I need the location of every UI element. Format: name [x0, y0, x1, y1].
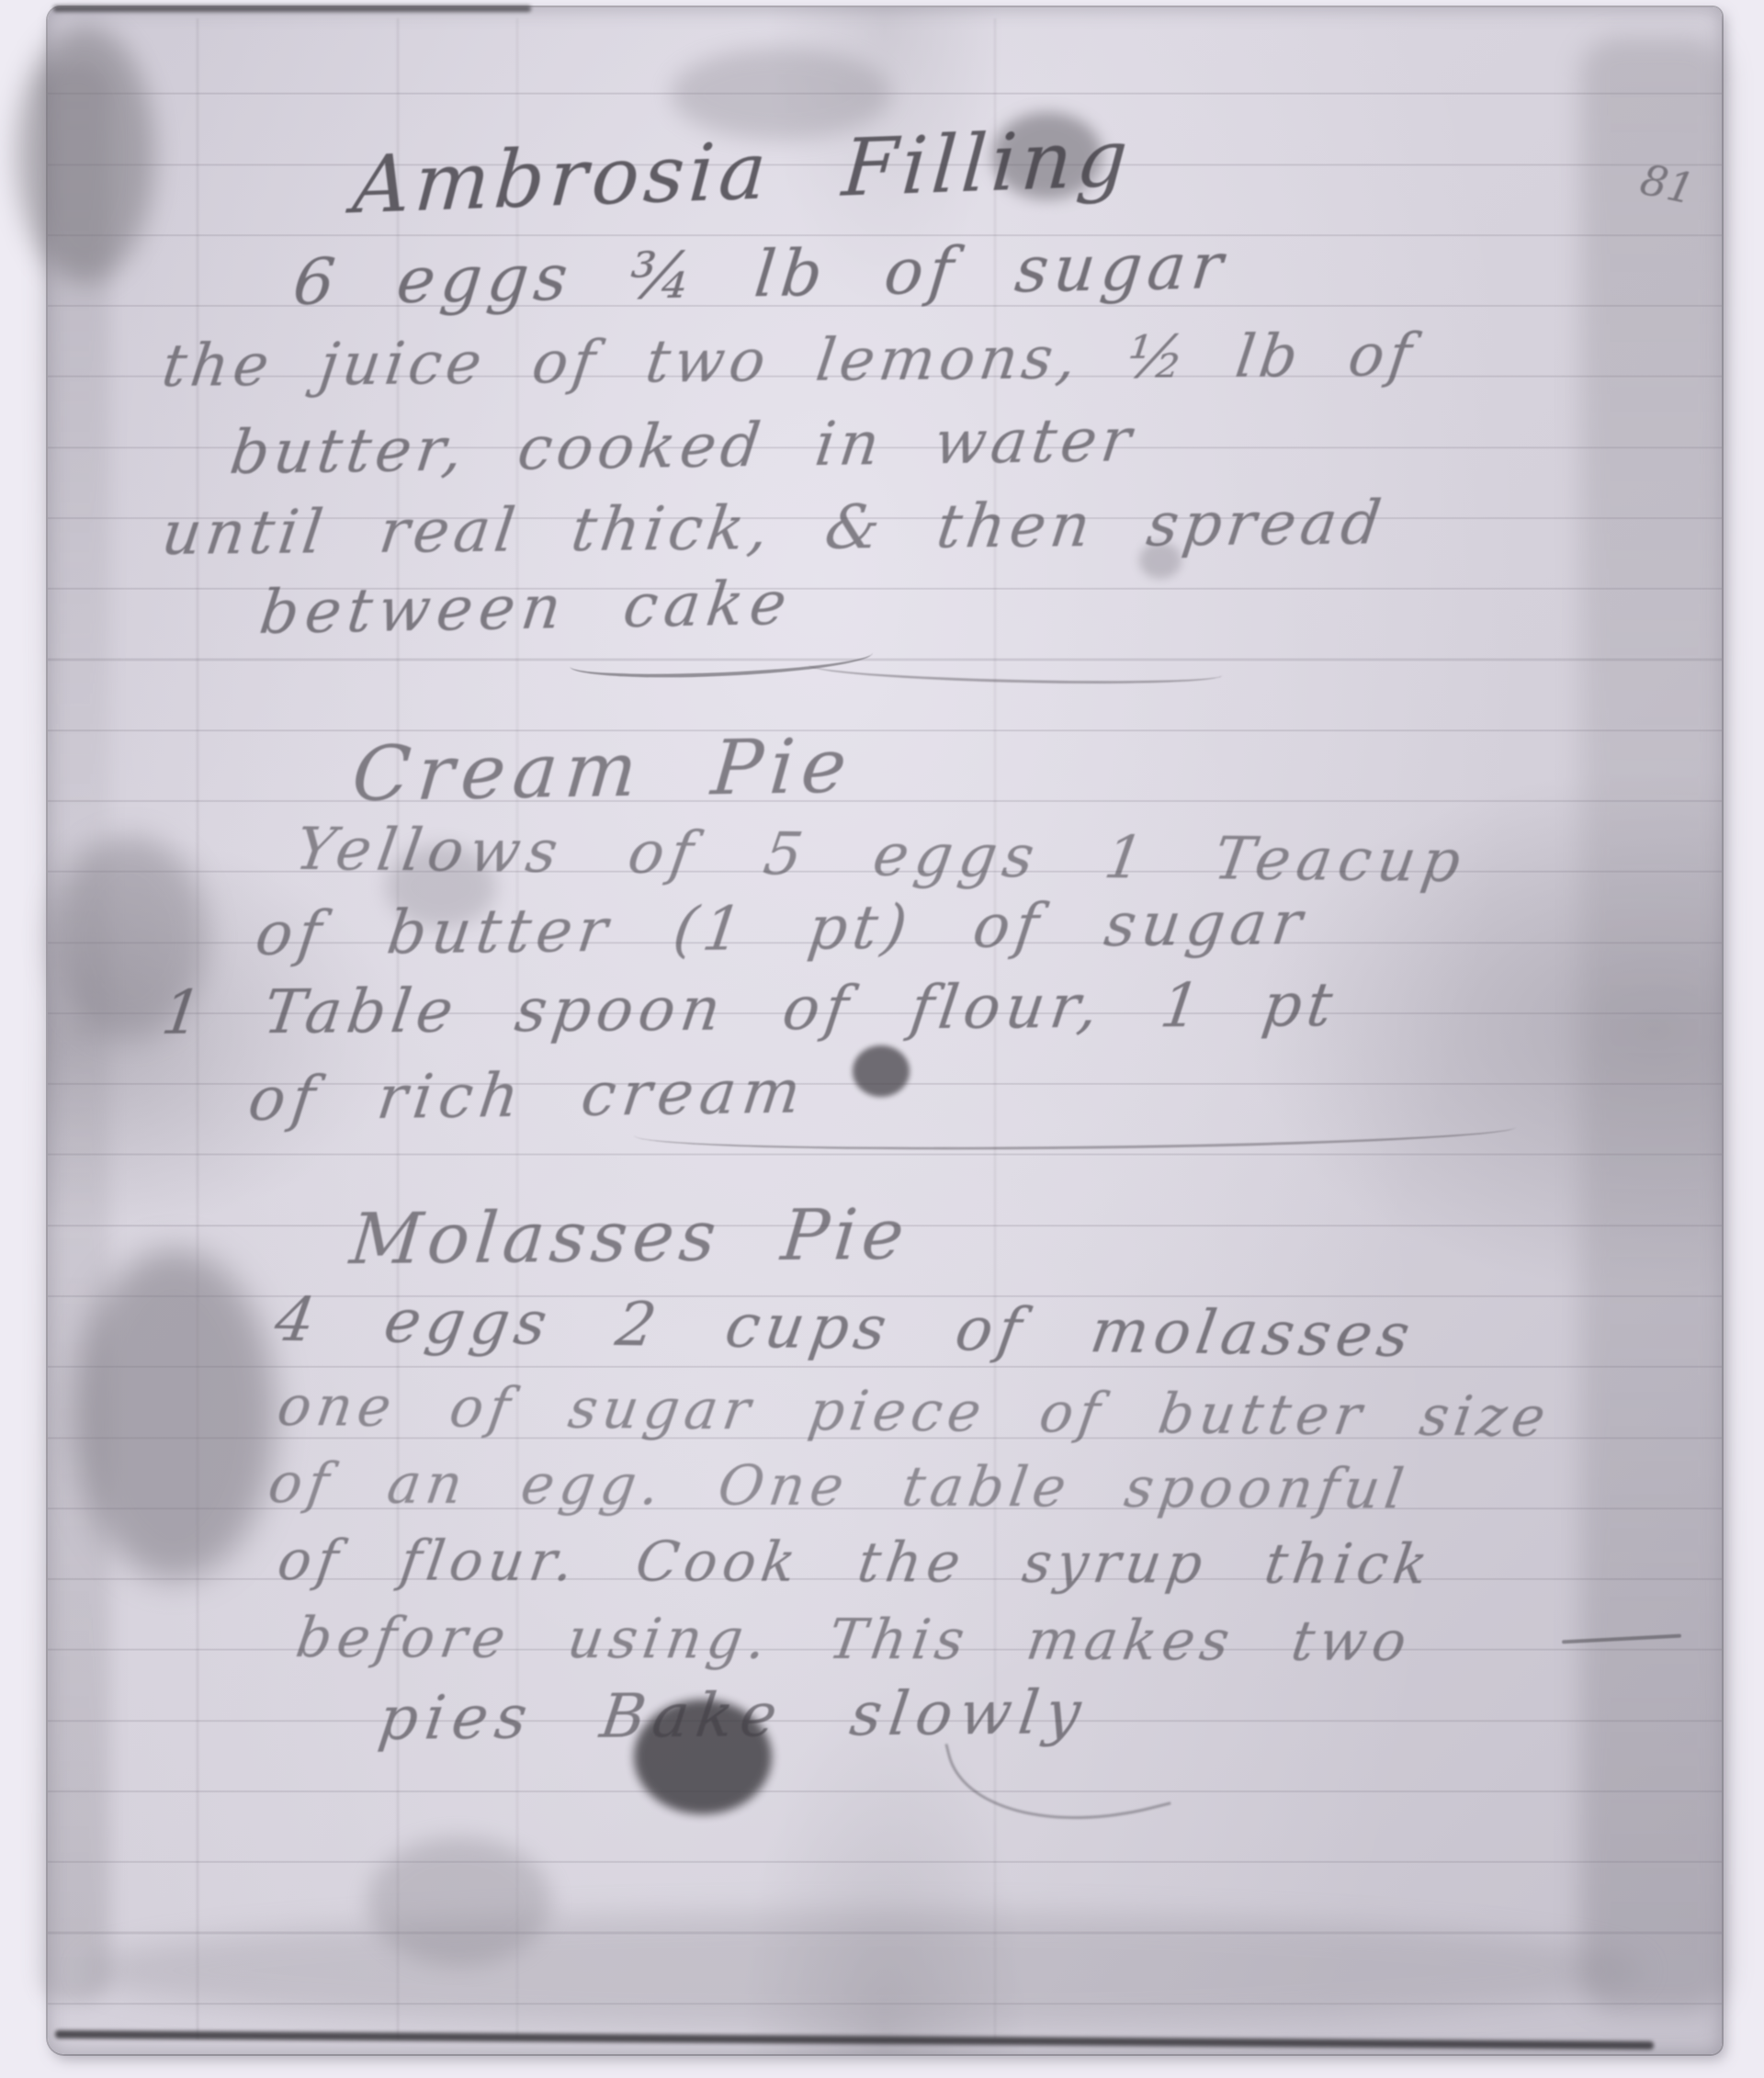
paper-sheet: [48, 7, 1722, 2054]
scanned-recipe-page: 81 Ambrosia Filling 6 eggs ¾ lb of sugar…: [0, 0, 1764, 2078]
